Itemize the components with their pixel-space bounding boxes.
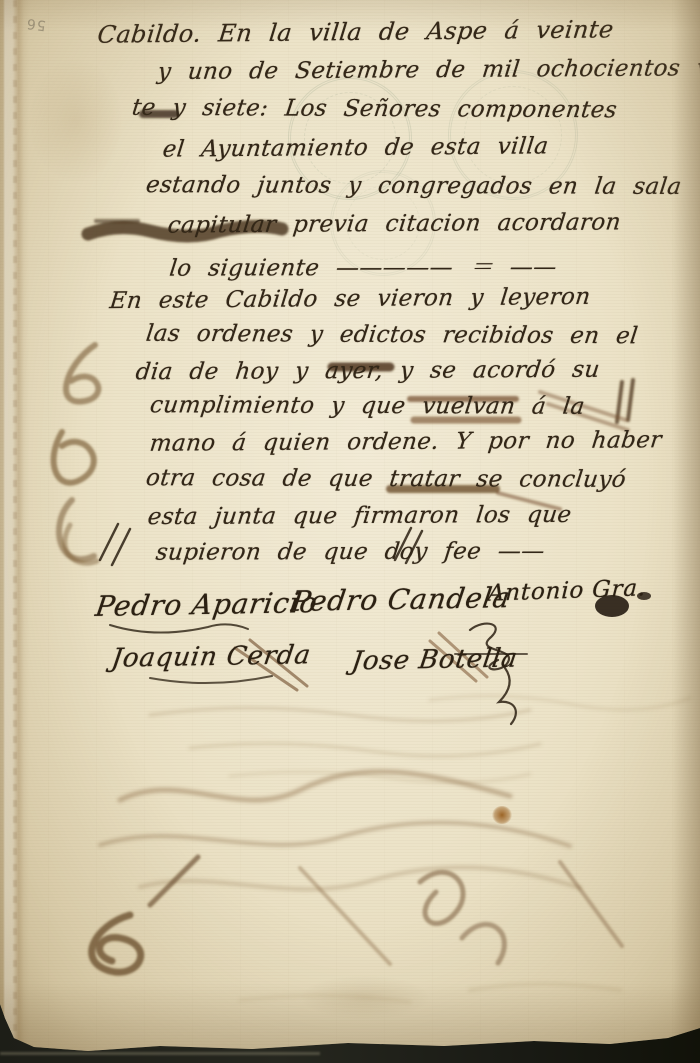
- text-line: otra cosa de que tratar se concluyó: [144, 465, 627, 493]
- signature: Antonio Gra.: [487, 575, 647, 606]
- text-line: las ordenes y edictos recibidos en el: [144, 321, 639, 350]
- manuscript-page: 56: [0, 0, 700, 1056]
- text-line: Cabildo. En la villa de Aspe á veinte: [96, 15, 615, 48]
- binding-edge: [0, 0, 30, 1056]
- text-line: supieron de que doy fee ——: [154, 538, 546, 565]
- text-line: cumplimiento y que vuelvan á la: [148, 392, 586, 420]
- folio-number: 56: [25, 15, 47, 33]
- text-line: y uno de Setiembre de mil ochocientos ve…: [156, 55, 700, 85]
- text-line: mano á quien ordene. Y por no haber: [148, 427, 663, 457]
- soil-stain: [300, 975, 430, 1020]
- water-stain: [28, 58, 123, 183]
- signature: Pedro Aparicio: [93, 586, 319, 623]
- signature: Pedro Candela: [289, 581, 512, 618]
- text-line: lo siguiente ————— ＝ ——: [168, 248, 559, 282]
- text-line: estando juntos y congregados en la sala: [144, 172, 683, 200]
- binding-crease-line: [13, 0, 17, 1056]
- text-line: te y siete: Los Señores componentes: [130, 95, 618, 124]
- underlying-sheet-edge: [0, 1052, 320, 1055]
- signature: Joaquin Cerda: [110, 640, 313, 673]
- rust-stain: [492, 806, 512, 824]
- signature: Jose Botella: [350, 644, 520, 677]
- text-line: capitular previa citacion acordaron: [166, 209, 622, 238]
- text-line: En este Cabildo se vieron y leyeron: [108, 284, 592, 314]
- text-line: el Ayuntamiento de esta villa: [161, 133, 550, 162]
- text-line: esta junta que firmaron los que: [146, 502, 573, 530]
- text-line: dia de hoy y ayer, y se acordó su: [134, 357, 601, 385]
